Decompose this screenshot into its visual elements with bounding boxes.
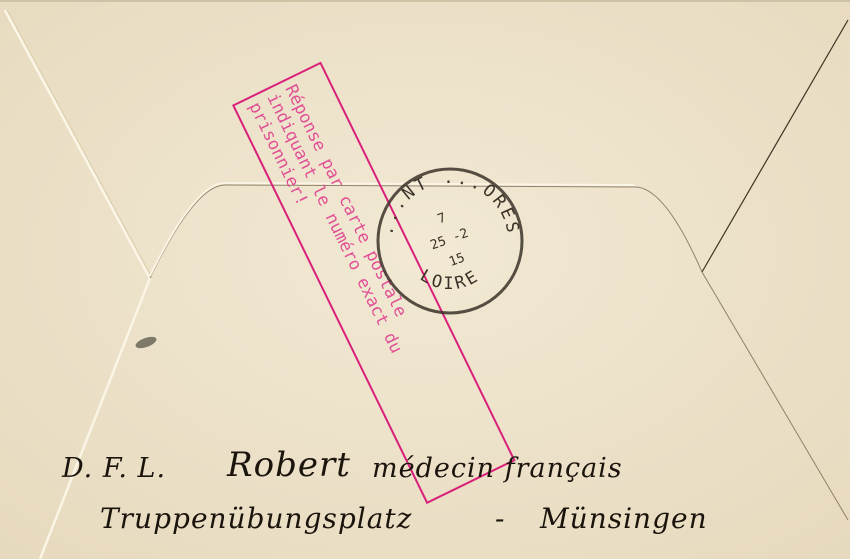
svg-text:...NT ...ORES: ...NT ...ORES — [377, 168, 523, 237]
camp-location: Truppenübungsplatz — [100, 502, 412, 535]
postmark-date-2: 25 -2 — [429, 226, 471, 253]
svg-text:LOIRE: LOIRE — [416, 266, 483, 294]
camp-city: Münsingen — [540, 502, 708, 535]
postmark-date-1: 7 — [436, 211, 448, 228]
postmark-bottom-text: LOIRE — [416, 266, 483, 294]
postmark: ...NT ...ORES LOIRE 7 25 -2 15 — [372, 163, 528, 319]
sender-initials: D. F. L. — [62, 453, 166, 484]
envelope-back: Réponse par carte postale indiquant le n… — [0, 0, 850, 559]
postmark-date-3: 15 — [447, 251, 467, 270]
postmark-top-text: ...NT ...ORES — [377, 168, 523, 237]
sender-name: Robert — [227, 445, 351, 485]
sender-title: médecin français — [372, 453, 623, 484]
address-separator: - — [495, 502, 505, 535]
